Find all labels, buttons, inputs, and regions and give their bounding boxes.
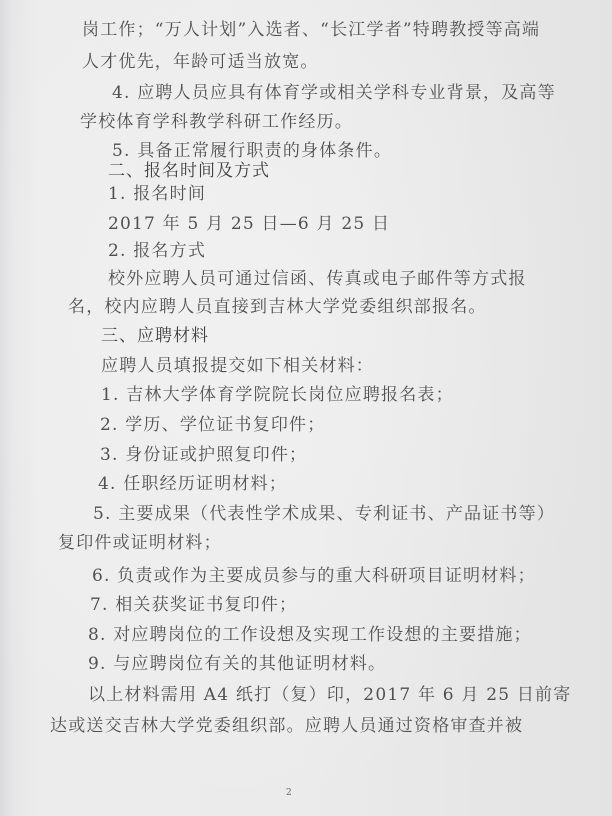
text-line: 5. 具备正常履行职责的身体条件。 — [112, 140, 392, 162]
text-line: 1. 报名时间 — [108, 183, 206, 205]
text-line: 学校体育学科教学科研工作经历。 — [80, 111, 353, 133]
text-line: 4. 任职经历证明材料； — [98, 473, 287, 495]
text-line: 应聘人员填报提交如下相关材料： — [101, 355, 374, 377]
text-line: 2017 年 5 月 25 日—6 月 25 日 — [108, 213, 390, 235]
text-line: 以上材料需用 A4 纸打（复）印，2017 年 6 月 25 日前寄 — [88, 684, 571, 706]
text-line: 2. 报名方式 — [108, 240, 206, 262]
text-line: 达或送交吉林大学党委组织部。应聘人员通过资格审查并被 — [50, 715, 523, 737]
text-line: 4. 应聘人员应具有体育学或相关学科专业背景，及高等 — [112, 82, 556, 104]
text-line: 3. 身份证或护照复印件； — [100, 444, 307, 466]
text-line: 7. 相关获奖证书复印件； — [90, 594, 297, 616]
text-line: 人才优先，年龄可适当放宽。 — [82, 51, 319, 73]
text-line: 1. 吉林大学体育学院院长岗位应聘报名表； — [101, 384, 454, 406]
text-line: 6. 负责或作为主要成员参与的重大科研项目证明材料； — [92, 565, 536, 587]
text-line: 2. 学历、学位证书复印件； — [100, 414, 325, 436]
text-line: 复印件或证明材料； — [58, 532, 222, 554]
text-line: 8. 对应聘岗位的工作设想及实现工作设想的主要措施； — [88, 624, 532, 646]
text-line: 名，校内应聘人员直接到吉林大学党委组织部报名。 — [68, 296, 487, 318]
document-page: 岗工作；“万人计划”入选者、“长江学者”特聘教授等高端人才优先，年龄可适当放宽。… — [0, 0, 612, 816]
section-heading: 二、报名时间及方式 — [108, 160, 270, 182]
page-number: 2 — [286, 788, 292, 798]
text-line: 岗工作；“万人计划”入选者、“长江学者”特聘教授等高端 — [82, 19, 540, 41]
text-line: 5. 主要成果（代表性学术成果、专利证书、产品证书等） — [93, 503, 555, 525]
text-line: 校外应聘人员可通过信函、传真或电子邮件等方式报 — [108, 268, 527, 290]
text-line: 9. 与应聘岗位有关的其他证明材料。 — [88, 653, 386, 675]
section-heading: 三、应聘材料 — [101, 325, 209, 347]
